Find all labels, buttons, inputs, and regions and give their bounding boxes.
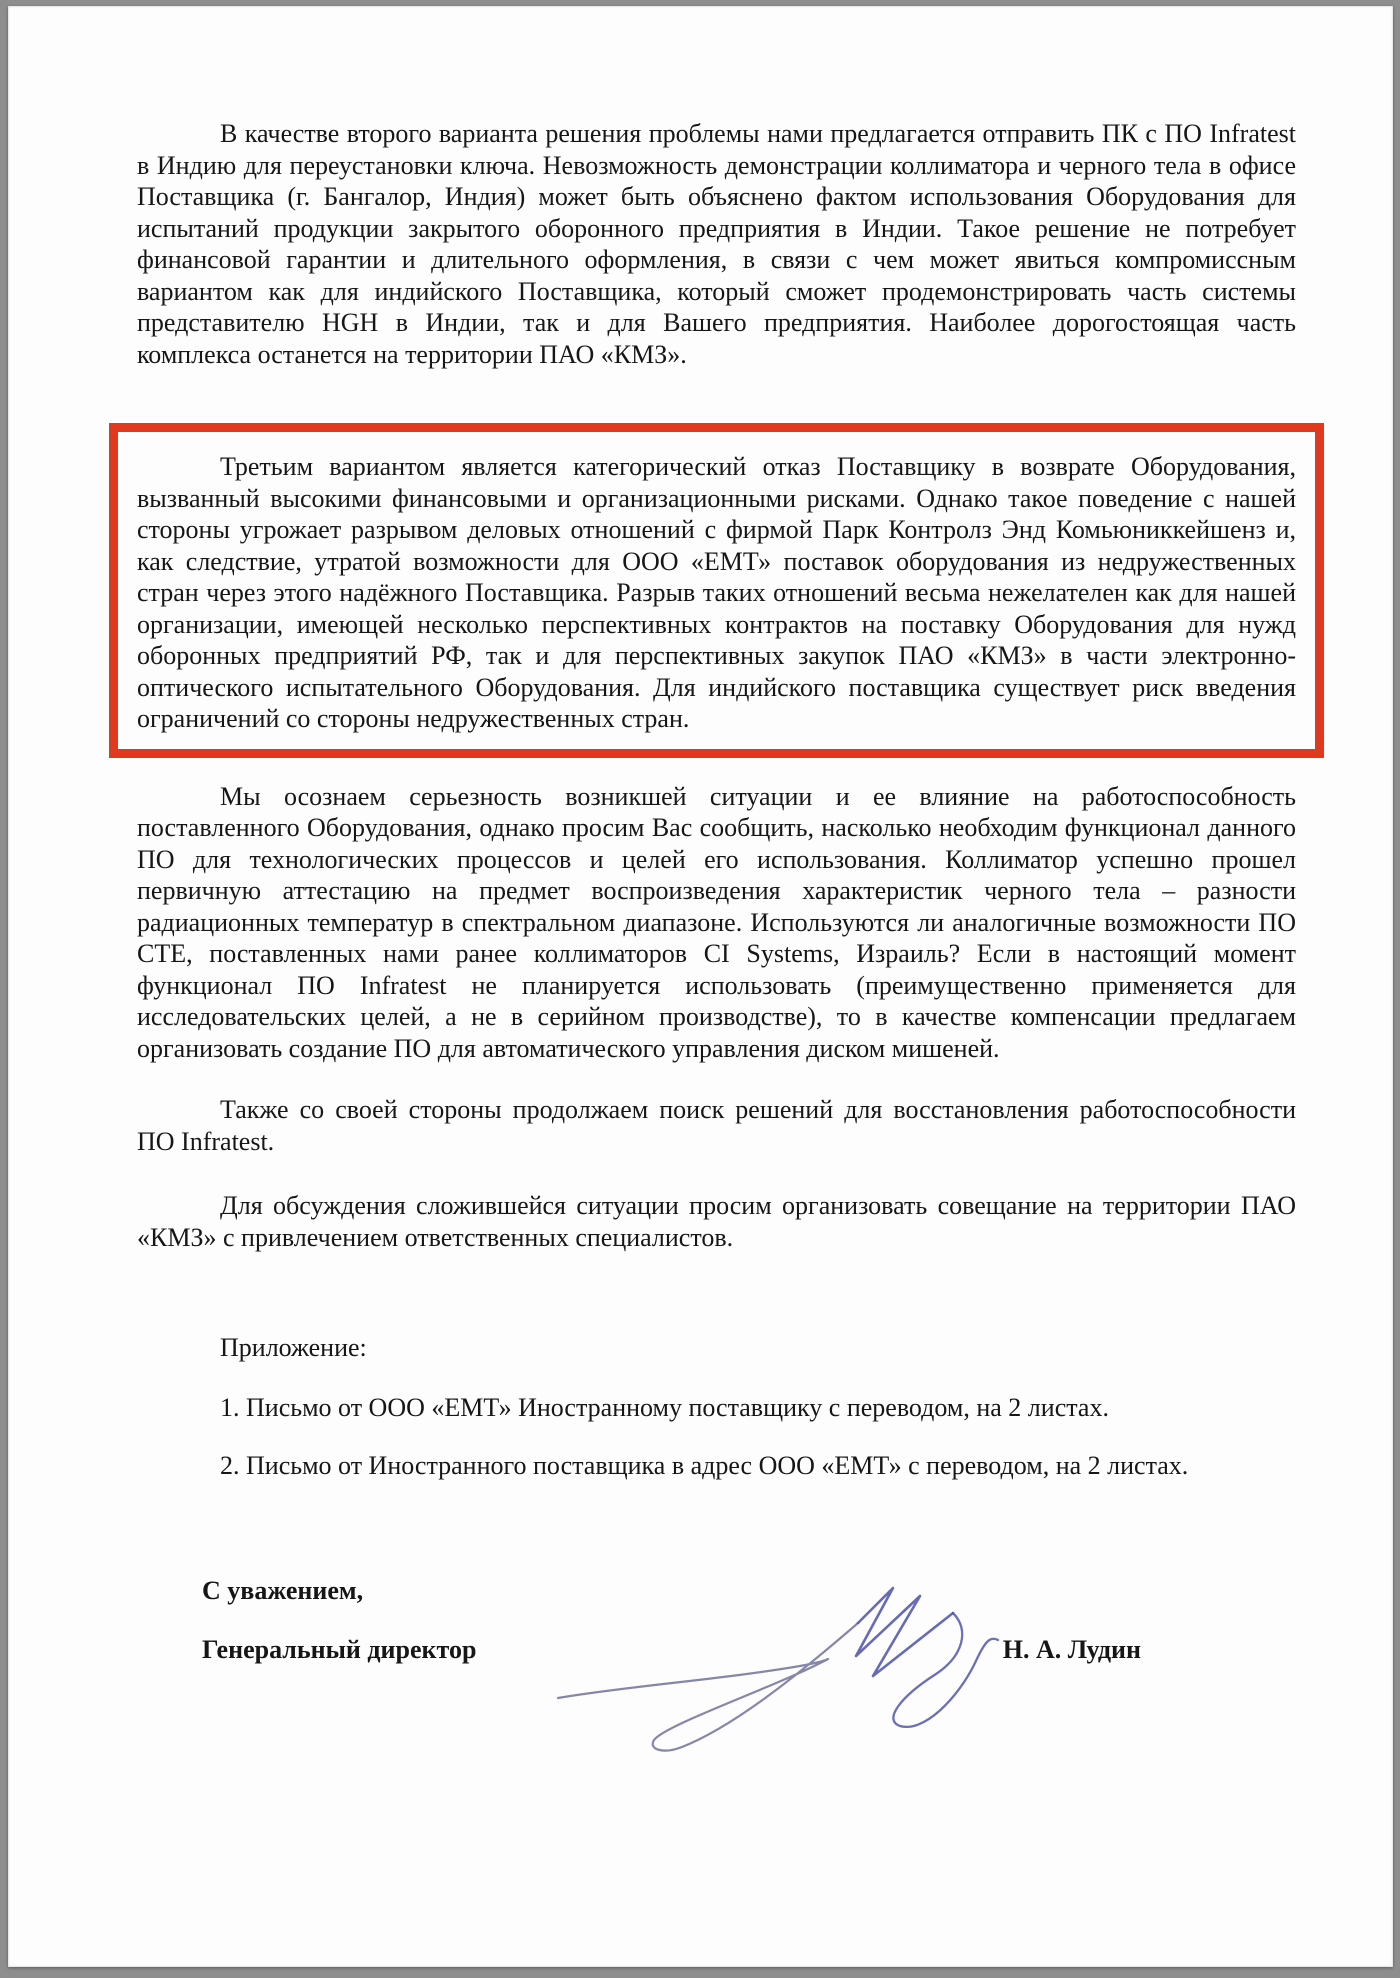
letter-body: В качестве второго варианта решения проб… [8, 6, 1393, 1666]
closing-salutation: С уважением, [202, 1575, 1296, 1607]
attachments-title: Приложение: [137, 1332, 1296, 1364]
highlight-box: Третьим вариантом является категорически… [109, 423, 1324, 758]
paragraph-second-option: В качестве второго варианта решения проб… [137, 118, 1296, 370]
paragraph-continue-search: Также со своей стороны продолжаем поиск … [137, 1094, 1296, 1157]
attachment-item: 1. Письмо от ООО «ЕМТ» Иностранному пост… [137, 1392, 1296, 1424]
signature-row: Генеральный директор Н. А. Лудин [137, 1634, 1296, 1666]
document-page: В качестве второго варианта решения проб… [8, 6, 1393, 1967]
paragraph-situation-assessment: Мы осознаем серьезность возникшей ситуац… [137, 781, 1296, 1065]
paragraph-meeting-request: Для обсуждения сложившейся ситуации прос… [137, 1190, 1296, 1253]
signer-name: Н. А. Лудин [1003, 1634, 1141, 1666]
attachment-item: 2. Письмо от Иностранного поставщика в а… [137, 1450, 1296, 1482]
signer-title: Генеральный директор [202, 1634, 476, 1666]
viewer-background: { "viewer": { "background_color": "#8e8e… [0, 0, 1400, 1978]
paragraph-third-option-highlighted: Третьим вариантом является категорически… [137, 451, 1296, 735]
